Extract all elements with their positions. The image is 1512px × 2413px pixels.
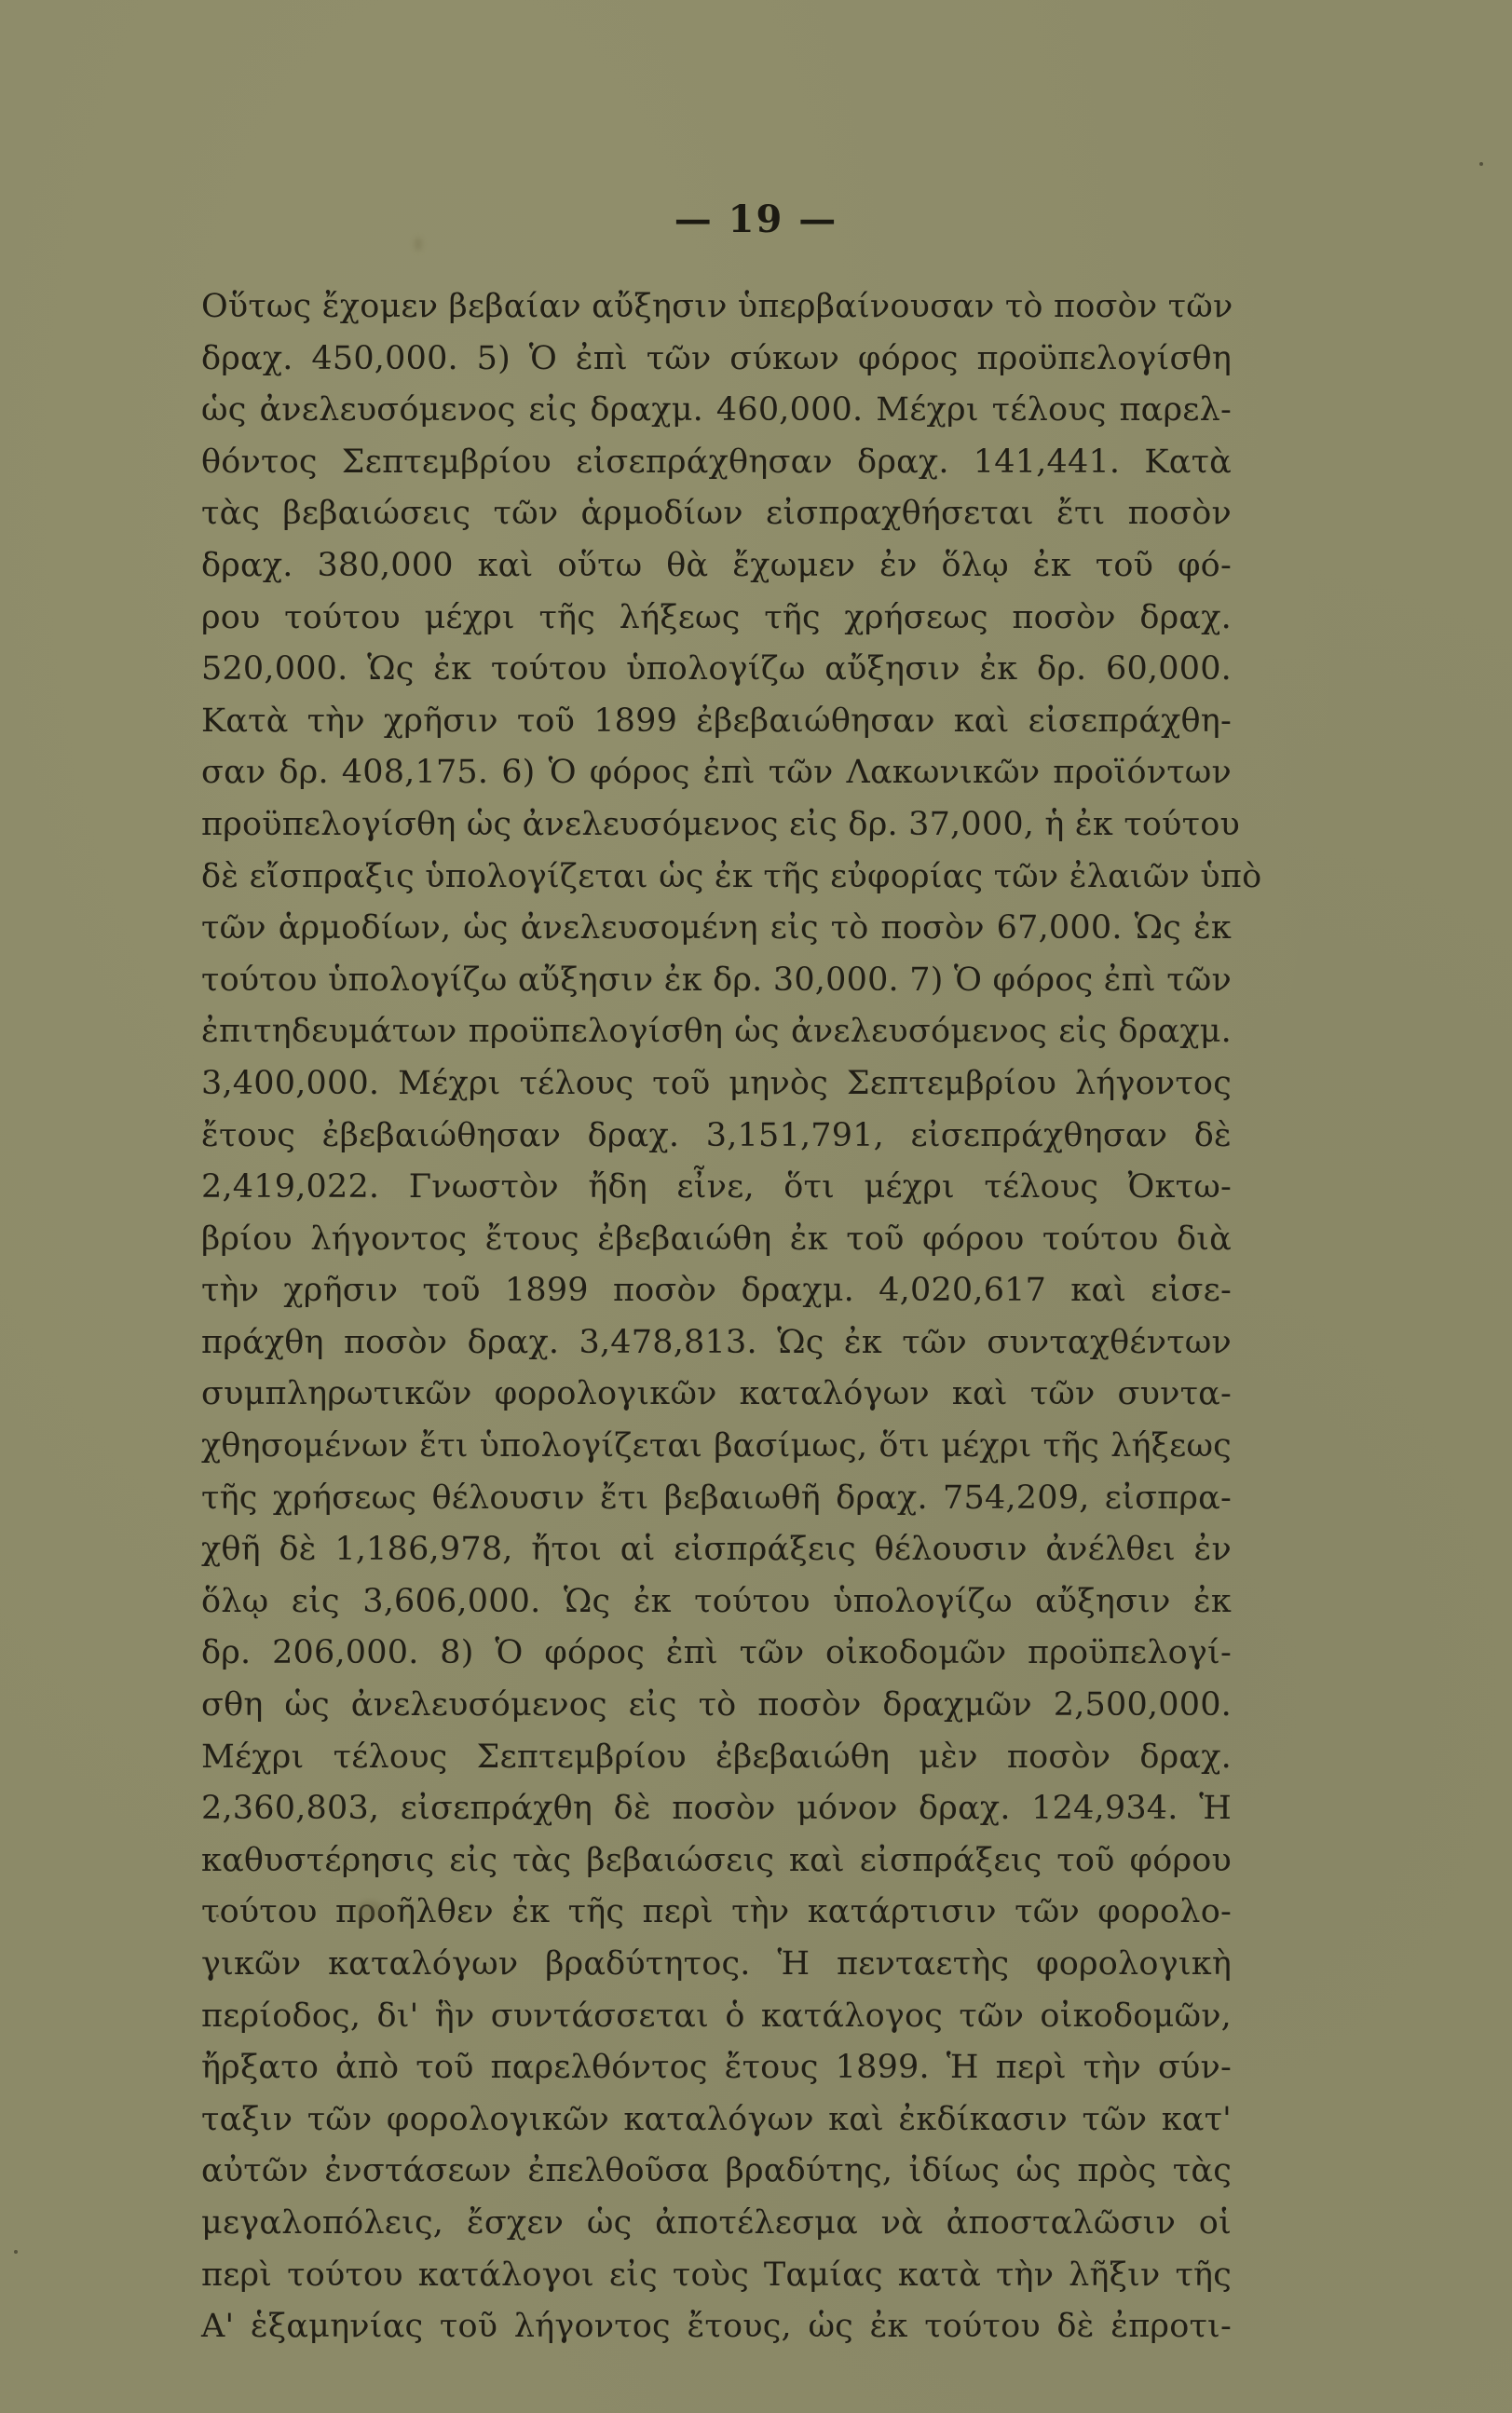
text-line: 520,000. Ὡς ἐκ τούτου ὑπολογίζω αὔξησιν … [201, 644, 1232, 696]
paper-stain [356, 1901, 384, 1919]
text-line: μεγαλοπόλεις, ἔσχεν ὡς ἀποτέλεσμα νὰ ἀπο… [201, 2198, 1232, 2250]
paper-speck [246, 2223, 250, 2227]
text-line: θόντος Σεπτεμβρίου εἰσεπράχθησαν δραχ. 1… [201, 437, 1232, 489]
text-line: γικῶν καταλόγων βραδύτητος. Ἡ πενταετὴς … [201, 1939, 1232, 1991]
text-line: καθυστέρησις εἰς τὰς βεβαιώσεις καὶ εἰσπ… [201, 1835, 1232, 1888]
text-line: δραχ. 380,000 καὶ οὕτω θὰ ἔχωμεν ἐν ὅλῳ … [201, 540, 1232, 593]
text-line: χθησομένων ἔτι ὑπολογίζεται βασίμως, ὅτι… [201, 1421, 1232, 1473]
text-line: αὐτῶν ἐνστάσεων ἐπελθοῦσα βραδύτης, ἰδίω… [201, 2146, 1232, 2198]
text-line: 2,419,022. Γνωστὸν ἤδη εἶνε, ὅτι μέχρι τ… [201, 1162, 1232, 1214]
paper-speck [216, 1915, 219, 1917]
page-number: — 19 — [0, 198, 1512, 241]
text-line: τούτου ὑπολογίζω αὔξησιν ἐκ δρ. 30,000. … [201, 955, 1232, 1007]
scanned-page: — 19 — Οὕτως ἔχομεν βεβαίαν αὔξησιν ὑπερ… [0, 0, 1512, 2413]
text-line: βρίου λήγοντος ἔτους ἐβεβαιώθη ἐκ τοῦ φό… [201, 1214, 1232, 1266]
body-text: Οὕτως ἔχομεν βεβαίαν αὔξησιν ὑπερβαίνουσ… [201, 281, 1232, 2353]
text-line: δραχ. 450,000. 5) Ὁ ἐπὶ τῶν σύκων φόρος … [201, 334, 1232, 386]
text-line: Κατὰ τὴν χρῆσιν τοῦ 1899 ἐβεβαιώθησαν κα… [201, 696, 1232, 748]
text-line: Μέχρι τέλους Σεπτεμβρίου ἐβεβαιώθη μὲν π… [201, 1732, 1232, 1784]
text-line: προϋπελογίσθη ὡς ἀνελευσόμενος εἰς δρ. 3… [201, 799, 1232, 852]
text-line: τῶν ἁρμοδίων, ὡς ἀνελευσομένη εἰς τὸ ποσ… [201, 903, 1232, 955]
text-line: ἔτους ἐβεβαιώθησαν δραχ. 3,151,791, εἰσε… [201, 1111, 1232, 1163]
text-line: τῆς χρήσεως θέλουσιν ἔτι βεβαιωθῆ δραχ. … [201, 1473, 1232, 1525]
paper-stain [415, 238, 422, 251]
text-line: σαν δρ. 408,175. 6) Ὁ φόρος ἐπὶ τῶν Λακω… [201, 747, 1232, 799]
text-line: 3,400,000. Μέχρι τέλους τοῦ μηνὸς Σεπτεμ… [201, 1058, 1232, 1111]
text-line: χθῆ δὲ 1,186,978, ἤτοι αἱ εἰσπράξεις θέλ… [201, 1524, 1232, 1576]
text-line: ὅλῳ εἰς 3,606,000. Ὡς ἐκ τούτου ὑπολογίζ… [201, 1576, 1232, 1629]
text-line: δρ. 206,000. 8) Ὁ φόρος ἐπὶ τῶν οἰκοδομῶ… [201, 1628, 1232, 1680]
text-line: 2,360,803, εἰσεπράχθη δὲ ποσὸν μόνον δρα… [201, 1783, 1232, 1835]
text-line: ρου τούτου μέχρι τῆς λήξεως τῆς χρήσεως … [201, 593, 1232, 645]
paper-speck [1479, 162, 1483, 166]
text-line: περὶ τούτου κατάλογοι εἰς τοὺς Ταμίας κα… [201, 2250, 1232, 2302]
text-line: ταξιν τῶν φορολογικῶν καταλόγων καὶ ἐκδί… [201, 2094, 1232, 2147]
text-line: πράχθη ποσὸν δραχ. 3,478,813. Ὡς ἐκ τῶν … [201, 1317, 1232, 1370]
text-line: ὡς ἀνελευσόμενος εἰς δραχμ. 460,000. Μέχ… [201, 385, 1232, 437]
text-line: τὰς βεβαιώσεις τῶν ἁρμοδίων εἰσπραχθήσετ… [201, 488, 1232, 540]
text-line: Οὕτως ἔχομεν βεβαίαν αὔξησιν ὑπερβαίνουσ… [201, 281, 1232, 334]
text-line: τὴν χρῆσιν τοῦ 1899 ποσὸν δραχμ. 4,020,6… [201, 1265, 1232, 1317]
text-line: συμπληρωτικῶν φορολογικῶν καταλόγων καὶ … [201, 1369, 1232, 1421]
text-line: ἐπιτηδευμάτων προϋπελογίσθη ὡς ἀνελευσόμ… [201, 1006, 1232, 1058]
text-line: περίοδος, δι' ἣν συντάσσεται ὁ κατάλογος… [201, 1991, 1232, 2043]
text-line: Α' ἑξαμηνίας τοῦ λήγοντος ἔτους, ὡς ἐκ τ… [201, 2301, 1232, 2353]
text-line: σθη ὡς ἀνελευσόμενος εἰς τὸ ποσὸν δραχμῶ… [201, 1680, 1232, 1732]
text-line: ἤρξατο ἀπὸ τοῦ παρελθόντος ἔτους 1899. Ἡ… [201, 2042, 1232, 2094]
paper-speck [14, 2250, 18, 2254]
text-line: δὲ εἴσπραξις ὑπολογίζεται ὡς ἐκ τῆς εὐφο… [201, 852, 1232, 904]
